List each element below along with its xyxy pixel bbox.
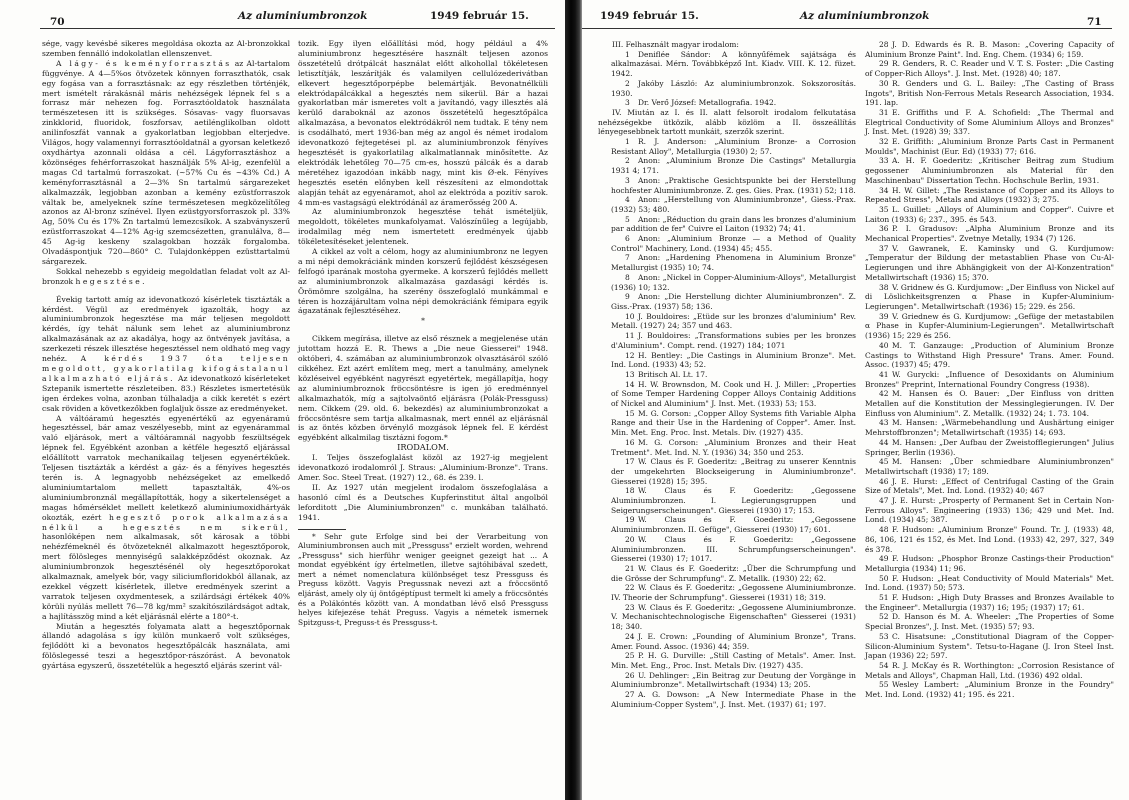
reference-item: 9Anon: „Die Herstellung dichter Aluminiu… <box>598 292 856 311</box>
paragraph: A lágy- és keményforrasztás az Al-tartal… <box>42 59 290 267</box>
reference-number: 2 <box>625 79 638 89</box>
reference-item: 28J. D. Edwards és R. B. Mason: „Coverin… <box>852 40 1114 59</box>
left-column-1: sége, vagy kevésbé sikeres megoldása oko… <box>42 39 290 671</box>
book-gutter <box>565 0 582 800</box>
issue-date: 1949 február 15. <box>430 10 529 26</box>
reference-number: 10 <box>625 312 638 322</box>
reference-item: 4Anon: „Herstellung von Aluminiumbronze"… <box>598 195 856 214</box>
paragraph: Évekig tartott amíg az idevonatkozó kísé… <box>42 295 290 414</box>
reference-number: 43 <box>879 418 892 428</box>
left-page: 70 Az aluminiumbronzok 1949 február 15. … <box>0 0 565 800</box>
reference-number: 49 <box>879 554 892 564</box>
reference-number: 53 <box>879 632 892 642</box>
reference-number: 37 <box>879 244 892 254</box>
reference-item: 3Dr. Verő József: Metallografia. 1942. <box>598 98 856 108</box>
reference-number: 5 <box>625 215 638 225</box>
reference-item: 6Anon: „Aluminium Bronze — a Method of Q… <box>598 234 856 253</box>
reference-item: 34H. W. Gillet: „The Resistance of Coppe… <box>852 186 1114 205</box>
spaced-emphasis: A lágy- és keményforrasztás <box>56 59 232 68</box>
paragraph: A váltóáramú hegesztés egyenértékű az eg… <box>42 414 290 622</box>
reference-item: 35L. Guillet: „Alloys of Aluminium and C… <box>852 205 1114 224</box>
issue-date: 1949 február 15. <box>600 10 699 26</box>
reference-number: 45 <box>879 457 892 467</box>
paragraph: sége, vagy kevésbé sikeres megoldása oko… <box>42 39 290 59</box>
reference-number: 11 <box>625 331 638 341</box>
paragraph: tozik. Egy ilyen előállítási mód, hogy p… <box>298 39 548 207</box>
reference-number: 1 <box>625 137 638 147</box>
reference-item: 18W. Claus és F. Goederitz: „Gegossene A… <box>598 486 856 515</box>
reference-item: 15M. G. Corson: „Copper Alloy Systems fi… <box>598 409 856 438</box>
reference-item: 22W. Claus és F. Goederitz: „Gegossene A… <box>598 583 856 602</box>
reference-number: 55 <box>879 680 892 690</box>
reference-item: 1Deniflée Sándor: A könnyűfémek sajátság… <box>598 50 856 79</box>
reference-number: 25 <box>625 651 638 661</box>
reference-number: 21 <box>625 564 638 574</box>
right-column-1: III. Felhasznált magyar irodalom:1Denifl… <box>598 40 856 710</box>
reference-item: 7Anon: „Hardening Phenomena in Aluminium… <box>598 253 856 272</box>
reference-item: 27A. G. Dowson: „A New Intermediate Phas… <box>598 690 856 709</box>
paragraph: Sokkal nehezebb s egyideig megoldatlan f… <box>42 267 290 287</box>
reference-item: 36P. I. Gradusov: „Alpha Aluminium Bronz… <box>852 224 1114 243</box>
reference-number: 9 <box>625 292 638 302</box>
left-column-2: tozik. Egy ilyen előállítási mód, hogy p… <box>298 39 548 627</box>
reference-number: 3 <box>625 98 638 108</box>
reference-item: 51F. Hudson: „High Duty Brasses and Bron… <box>852 593 1114 612</box>
reference-item: 26U. Dehlinger: „Ein Beitrag zur Deutung… <box>598 671 856 690</box>
reference-number: 40 <box>879 341 892 351</box>
right-column-2: 28J. D. Edwards és R. B. Mason: „Coverin… <box>852 40 1114 700</box>
reference-item: 38V. Gridnew és G. Kurdjumow: „Der Einfl… <box>852 283 1114 312</box>
reference-item: 49F. Hudson: „Phosphor Bronze Castings-t… <box>852 554 1114 573</box>
reference-number: 2 <box>625 156 638 166</box>
reference-item: 48F. Hudson: „Aluminium Bronze" Found. T… <box>852 525 1114 554</box>
reference-item: 32E. Griffith: „Aluminium Bronze Parts C… <box>852 137 1114 156</box>
header-rule <box>40 28 555 29</box>
section-heading: III. Felhasznált magyar irodalom: <box>598 40 856 50</box>
reference-number: 46 <box>879 477 892 487</box>
reference-number: 42 <box>879 389 892 399</box>
running-title: Az aluminiumbronzok <box>800 10 929 26</box>
reference-number: 29 <box>879 59 892 69</box>
reference-item: 1R. J. Anderson: „Aluminium Bronze- a Co… <box>598 137 856 156</box>
reference-item: 52D. Hanson és M. A. Wheeler: „The Prope… <box>852 612 1114 631</box>
reference-number: 54 <box>879 661 892 671</box>
reference-item: 3Anon: „Praktische Gesichtspunkte bei de… <box>598 176 856 195</box>
reference-number: 15 <box>625 409 638 419</box>
reference-item: 14H. W. Brownsdon, M. Cook und H. J. Mil… <box>598 380 856 409</box>
paragraph: Miután a hegesztés folyamata alatt a heg… <box>42 622 290 672</box>
reference-number: 52 <box>879 612 892 622</box>
page-number: 71 <box>1087 16 1102 32</box>
paragraph: A cikkel az volt a célom, hogy az alumin… <box>298 247 548 316</box>
reference-number: 17 <box>625 457 638 467</box>
reference-item: 10J. Bouldoires: „Etüde sur les bronzes … <box>598 312 856 331</box>
reference-number: 38 <box>879 283 892 293</box>
reference-item: 19W. Claus és F. Goederitz: „Gegossene A… <box>598 515 856 534</box>
scanned-document-spread: 70 Az aluminiumbronzok 1949 február 15. … <box>0 0 1129 800</box>
reference-item: 12H. Bentley: „Die Castings in Aluminium… <box>598 351 856 370</box>
reference-number: 16 <box>625 438 638 448</box>
reference-number: 34 <box>879 186 892 196</box>
reference-item: 20W. Claus és F. Goederitz: „Gegossene A… <box>598 535 856 564</box>
paragraph: Cikkem megírása, illetve az első résznek… <box>298 334 548 443</box>
reference-item: 11J. Bouldoires: „Transformations subies… <box>598 331 856 350</box>
reference-item: 44M. Hansen: „Der Aufbau der Zweistoffle… <box>852 438 1114 457</box>
reference-number: 6 <box>625 234 638 244</box>
paragraph: Az aluminiumbronzok hegesztése tehát ism… <box>298 207 548 247</box>
reference-item: 33A. H. F. Goederitz: „Kritischer Beitra… <box>852 156 1114 185</box>
reference-item: 41W. Gurycki: „Influence of Desoxidants … <box>852 370 1114 389</box>
page-number: 70 <box>50 16 65 32</box>
reference-item: 39V. Griednew és G. Kurdjumow: „Gefüge d… <box>852 312 1114 341</box>
reference-number: 36 <box>879 224 892 234</box>
footnote: * Sehr gute Erfolge sind bei der Verarbe… <box>298 532 548 628</box>
reference-item: 31E. Griffiths und F. A. Schofield: „The… <box>852 108 1114 137</box>
reference-item: 2Anon: „Aluminium Bronze Die Castings" M… <box>598 156 856 175</box>
header-rule <box>582 28 1112 29</box>
reference-number: 48 <box>879 525 892 535</box>
reference-item: 13Britisch Al. Lt. 17. <box>598 370 856 380</box>
reference-item: 53C. Hisatsune: „Constitutional Diagram … <box>852 632 1114 661</box>
reference-number: 33 <box>879 156 892 166</box>
reference-number: 31 <box>879 108 892 118</box>
reference-number: 19 <box>625 515 638 525</box>
reference-item: 16M. G. Corson: „Aluminium Bronzes and t… <box>598 438 856 457</box>
spaced-emphasis: A kérdés 1937 óta teljesen megoldott, gy… <box>42 354 290 383</box>
reference-item: 30R. Genders und G. L. Bailey: „The Cast… <box>852 79 1114 108</box>
reference-item: 25P. H. G. Durville: „Still Casting of M… <box>598 651 856 670</box>
reference-item: 2Jakóby László: Az aluminiumbronzok. Sok… <box>598 79 856 98</box>
reference-number: 28 <box>879 40 892 50</box>
reference-item: 17W. Claus és F. Goederitz: „Beitrag zu … <box>598 457 856 486</box>
references-heading: IRODALOM. <box>298 443 548 453</box>
reference-number: 32 <box>879 137 892 147</box>
reference-item: 45M. Hansen: „Über schmiedbare Aluminium… <box>852 457 1114 476</box>
reference-number: 30 <box>879 79 892 89</box>
reference-item: 46J. E. Hurst: „Effect of Centrifugal Ca… <box>852 477 1114 496</box>
reference-number: 22 <box>625 583 638 593</box>
reference-number: 14 <box>625 380 638 390</box>
reference-number: 24 <box>625 632 638 642</box>
section-separator: * <box>298 316 548 326</box>
reference-number: 44 <box>879 438 892 448</box>
reference-item: 50F. Hudson: „Heat Conductivity of Mould… <box>852 574 1114 593</box>
reference-number: 41 <box>879 370 892 380</box>
reference-item: 24J. E. Crown: „Founding of Aluminium Br… <box>598 632 856 651</box>
reference-item: 37V. Gawranek, E. Kaminsky und G. Kurdju… <box>852 244 1114 283</box>
running-title: Az aluminiumbronzok <box>238 10 367 26</box>
spaced-emphasis: hegesztő porok alkalmazása nélkül a hege… <box>42 513 290 532</box>
reference-number: 8 <box>625 273 638 283</box>
section-intro: IV. Miután az I. és II. alatt felsorolt … <box>598 108 856 137</box>
reference-item: 23W. Claus és F. Goederitz: „Gegossene A… <box>598 603 856 632</box>
reference-number: 39 <box>879 312 892 322</box>
reference-number: 27 <box>625 690 638 700</box>
reference-number: 13 <box>625 370 638 380</box>
reference-number: 7 <box>625 253 638 263</box>
reference-number: 23 <box>625 603 638 613</box>
reference-number: 4 <box>625 195 638 205</box>
reference-item: 43M. Hansen: „Wärmebehandlung und Aushär… <box>852 418 1114 437</box>
reference-number: 20 <box>625 535 638 545</box>
reference-number: 50 <box>879 574 892 584</box>
reference-number: 18 <box>625 486 638 496</box>
reference-item: 54R. J. McKay és R. Worthington: „Corros… <box>852 661 1114 680</box>
reference-number: 47 <box>879 496 892 506</box>
reference-number: 1 <box>625 50 638 60</box>
reference-number: 26 <box>625 671 638 681</box>
footnote-rule <box>298 529 346 530</box>
reference-number: 35 <box>879 205 892 215</box>
reference-item: 40M. T. Ganzauge: „Production of Alumini… <box>852 341 1114 370</box>
right-page: 1949 február 15. Az aluminiumbronzok 71 … <box>582 0 1129 800</box>
reference-item: I. Teljes összefoglalást közöl az 1927-i… <box>298 453 548 483</box>
reference-item: 47J. E. Hurst: „Prosperty of Permanent S… <box>852 496 1114 525</box>
spaced-emphasis: hegesztése. <box>76 277 147 286</box>
reference-number: 3 <box>625 176 638 186</box>
reference-number: 51 <box>879 593 892 603</box>
reference-item: 21W. Claus és F. Goederitz: „Über die Sc… <box>598 564 856 583</box>
reference-item: II. Az 1927 után megjelent irodalom össz… <box>298 483 548 523</box>
reference-item: 8Anon: „Nickel in Copper-Aluminium-Alloy… <box>598 273 856 292</box>
reference-item: 29R. Genders, R. C. Reader und V. T. S. … <box>852 59 1114 78</box>
reference-number: 12 <box>625 351 638 361</box>
reference-item: 55Wesley Lambert: „Aluminium Bronze in t… <box>852 680 1114 699</box>
reference-item: 5Anon: „Réduction du grain dans les bron… <box>598 215 856 234</box>
reference-item: 42M. Hansen és O. Bauer: „Der Einfluss v… <box>852 389 1114 418</box>
